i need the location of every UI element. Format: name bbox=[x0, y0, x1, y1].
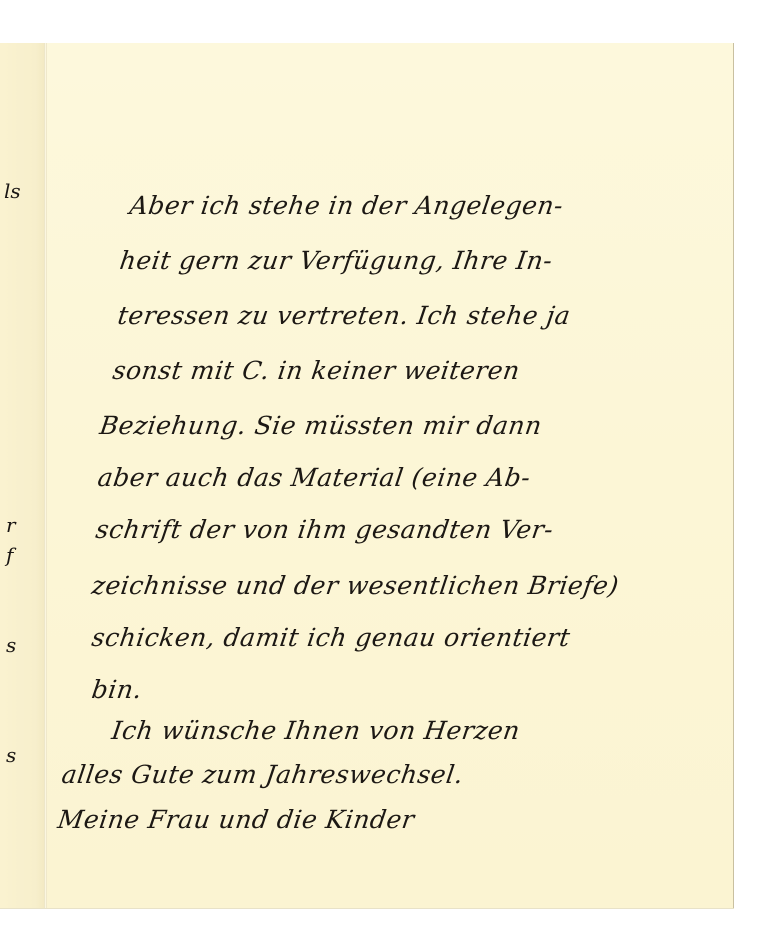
letter-line: Ich wünsche Ihnen von Herzen bbox=[110, 716, 522, 745]
letter-line: Aber ich stehe in der Angelegen- bbox=[128, 191, 565, 220]
letter-line: bin. bbox=[90, 675, 144, 704]
letter-line: Meine Frau und die Kinder bbox=[56, 805, 416, 834]
letter-line: teressen zu vertreten. Ich stehe ja bbox=[116, 301, 572, 330]
left-leaf-mark: ls bbox=[4, 179, 21, 203]
left-leaf-mark: r bbox=[6, 513, 16, 537]
left-leaf bbox=[0, 43, 45, 908]
left-leaf-mark: s bbox=[6, 743, 16, 767]
left-leaf-mark: s bbox=[6, 633, 16, 657]
letter-line: schrift der von ihm gesandten Ver- bbox=[94, 515, 555, 544]
letter-line: aber auch das Material (eine Ab- bbox=[96, 463, 532, 492]
letter-page: ls r f s s Aber ich stehe in der Angeleg… bbox=[0, 43, 734, 908]
letter-line: alles Gute zum Jahreswechsel. bbox=[60, 760, 465, 789]
left-leaf-mark: f bbox=[6, 543, 13, 567]
letter-line: schicken, damit ich genau orientiert bbox=[90, 623, 572, 652]
fold-crease bbox=[44, 43, 47, 908]
letter-line: zeichnisse und der wesentlichen Briefe) bbox=[90, 571, 621, 600]
letter-line: sonst mit C. in keiner weiteren bbox=[111, 356, 522, 385]
letter-line: heit gern zur Verfügung, Ihre In- bbox=[118, 246, 554, 275]
letter-line: Beziehung. Sie müssten mir dann bbox=[98, 411, 544, 440]
